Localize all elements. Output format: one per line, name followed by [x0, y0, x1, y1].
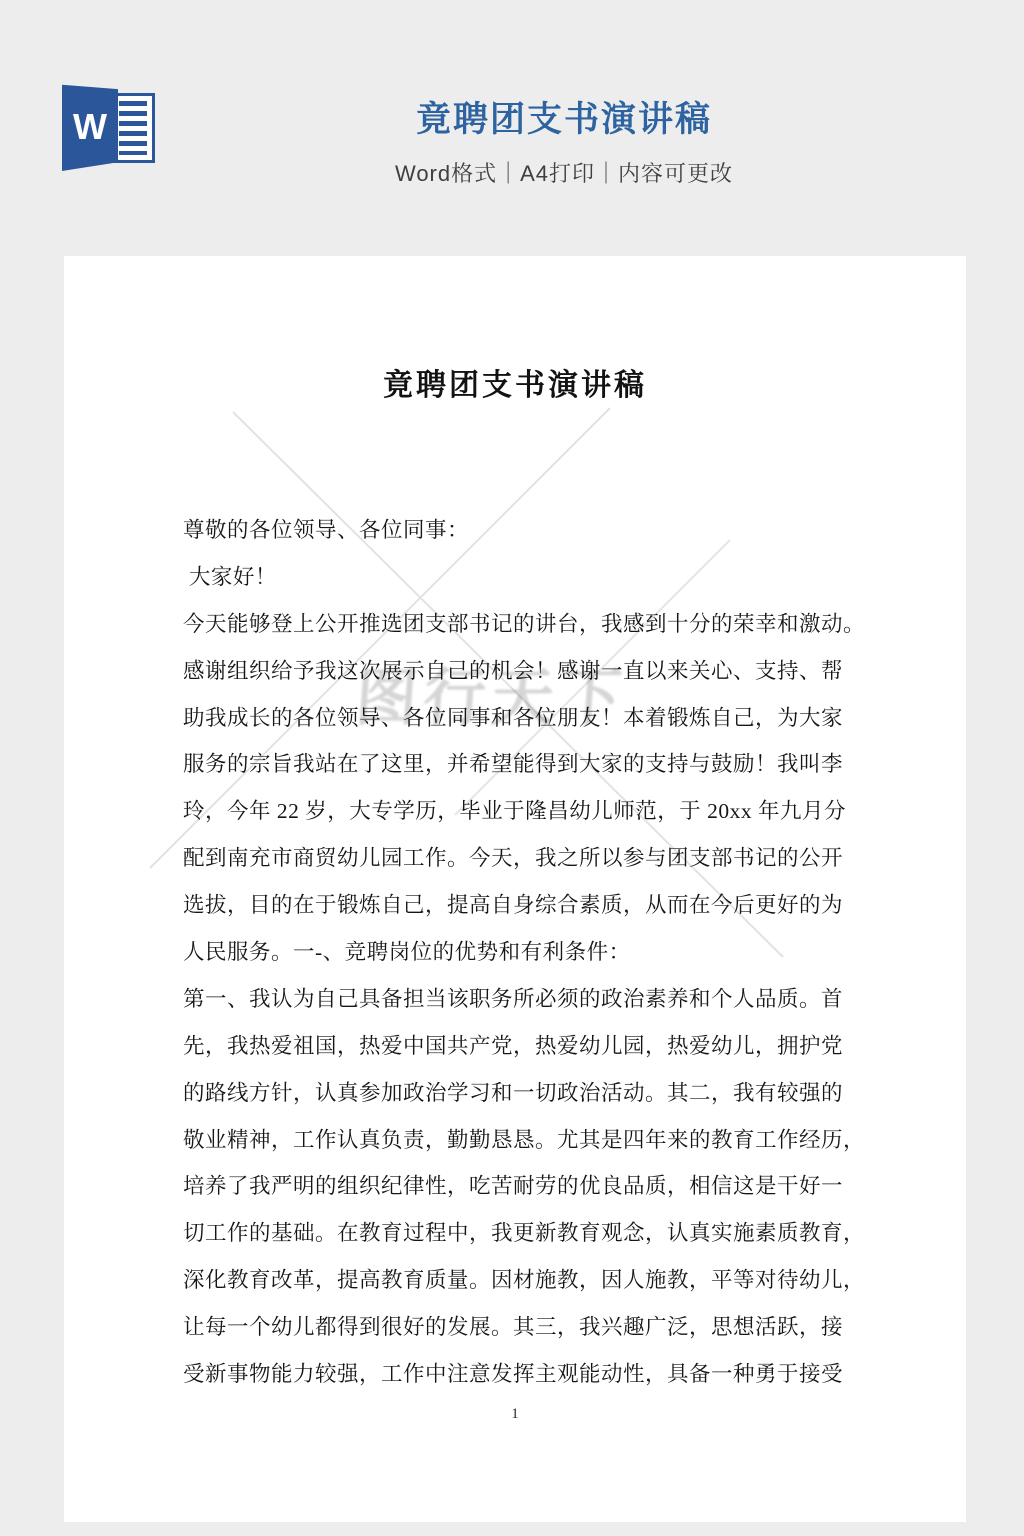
text-line: 配到南充市商贸幼儿园工作。今天，我之所以参与团支部书记的公开 [183, 835, 873, 882]
text-line: 尊敬的各位领导、各位同事： [183, 507, 873, 554]
text-line: 人民服务。一-、竞聘岗位的优势和有利条件： [183, 929, 873, 976]
text-line: 今天能够登上公开推选团支部书记的讲台，我感到十分的荣幸和激动。 [183, 601, 873, 648]
document-body: 尊敬的各位领导、各位同事： 大家好！今天能够登上公开推选团支部书记的讲台，我感到… [183, 507, 873, 1398]
page-header: W 竟聘团支书演讲稿 Word格式｜A4打印｜内容可更改 [0, 0, 1024, 256]
header-text-block: 竟聘团支书演讲稿 Word格式｜A4打印｜内容可更改 [104, 0, 1024, 188]
text-line: 第一、我认为自己具备担当该职务所必须的政治素养和个人品质。首 [183, 976, 873, 1023]
text-line: 大家好！ [183, 554, 873, 601]
text-line: 深化教育改革，提高教育质量。因材施教，因人施教，平等对待幼儿， [183, 1257, 873, 1304]
document-page: 图行天下 竟聘团支书演讲稿 尊敬的各位领导、各位同事： 大家好！今天能够登上公开… [64, 256, 966, 1522]
template-subtitle: Word格式｜A4打印｜内容可更改 [104, 157, 1024, 188]
text-line: 受新事物能力较强，工作中注意发挥主观能动性，具备一种勇于接受 [183, 1351, 873, 1398]
text-line: 培养了我严明的组织纪律性，吃苦耐劳的优良品质，相信这是干好一 [183, 1163, 873, 1210]
text-line: 玲，今年 22 岁，大专学历，毕业于隆昌幼儿师范，于 20xx 年九月分 [183, 788, 873, 835]
text-line: 选拔，目的在于锻炼自己，提高自身综合素质，从而在今后更好的为 [183, 882, 873, 929]
text-line: 助我成长的各位领导、各位同事和各位朋友！本着锻炼自己，为大家 [183, 695, 873, 742]
document-title: 竟聘团支书演讲稿 [64, 360, 966, 404]
template-title: 竟聘团支书演讲稿 [104, 92, 1024, 142]
text-line: 的路线方针，认真参加政治学习和一切政治活动。其二，我有较强的 [183, 1070, 873, 1117]
text-line: 先，我热爱祖国，热爱中国共产党，热爱幼儿园，热爱幼儿，拥护党 [183, 1023, 873, 1070]
text-line: 切工作的基础。在教育过程中，我更新教育观念，认真实施素质教育， [183, 1210, 873, 1257]
text-line: 敬业精神，工作认真负责，勤勤恳恳。尤其是四年来的教育工作经历， [183, 1117, 873, 1164]
text-line: 服务的宗旨我站在了这里，并希望能得到大家的支持与鼓励！我叫李 [183, 741, 873, 788]
word-icon-letter: W [73, 109, 107, 145]
text-line: 感谢组织给予我这次展示自己的机会！感谢一直以来关心、支持、帮 [183, 648, 873, 695]
text-line: 让每一个幼儿都得到很好的发展。其三，我兴趣广泛，思想活跃，接 [183, 1304, 873, 1351]
page-number: 1 [64, 1406, 966, 1423]
